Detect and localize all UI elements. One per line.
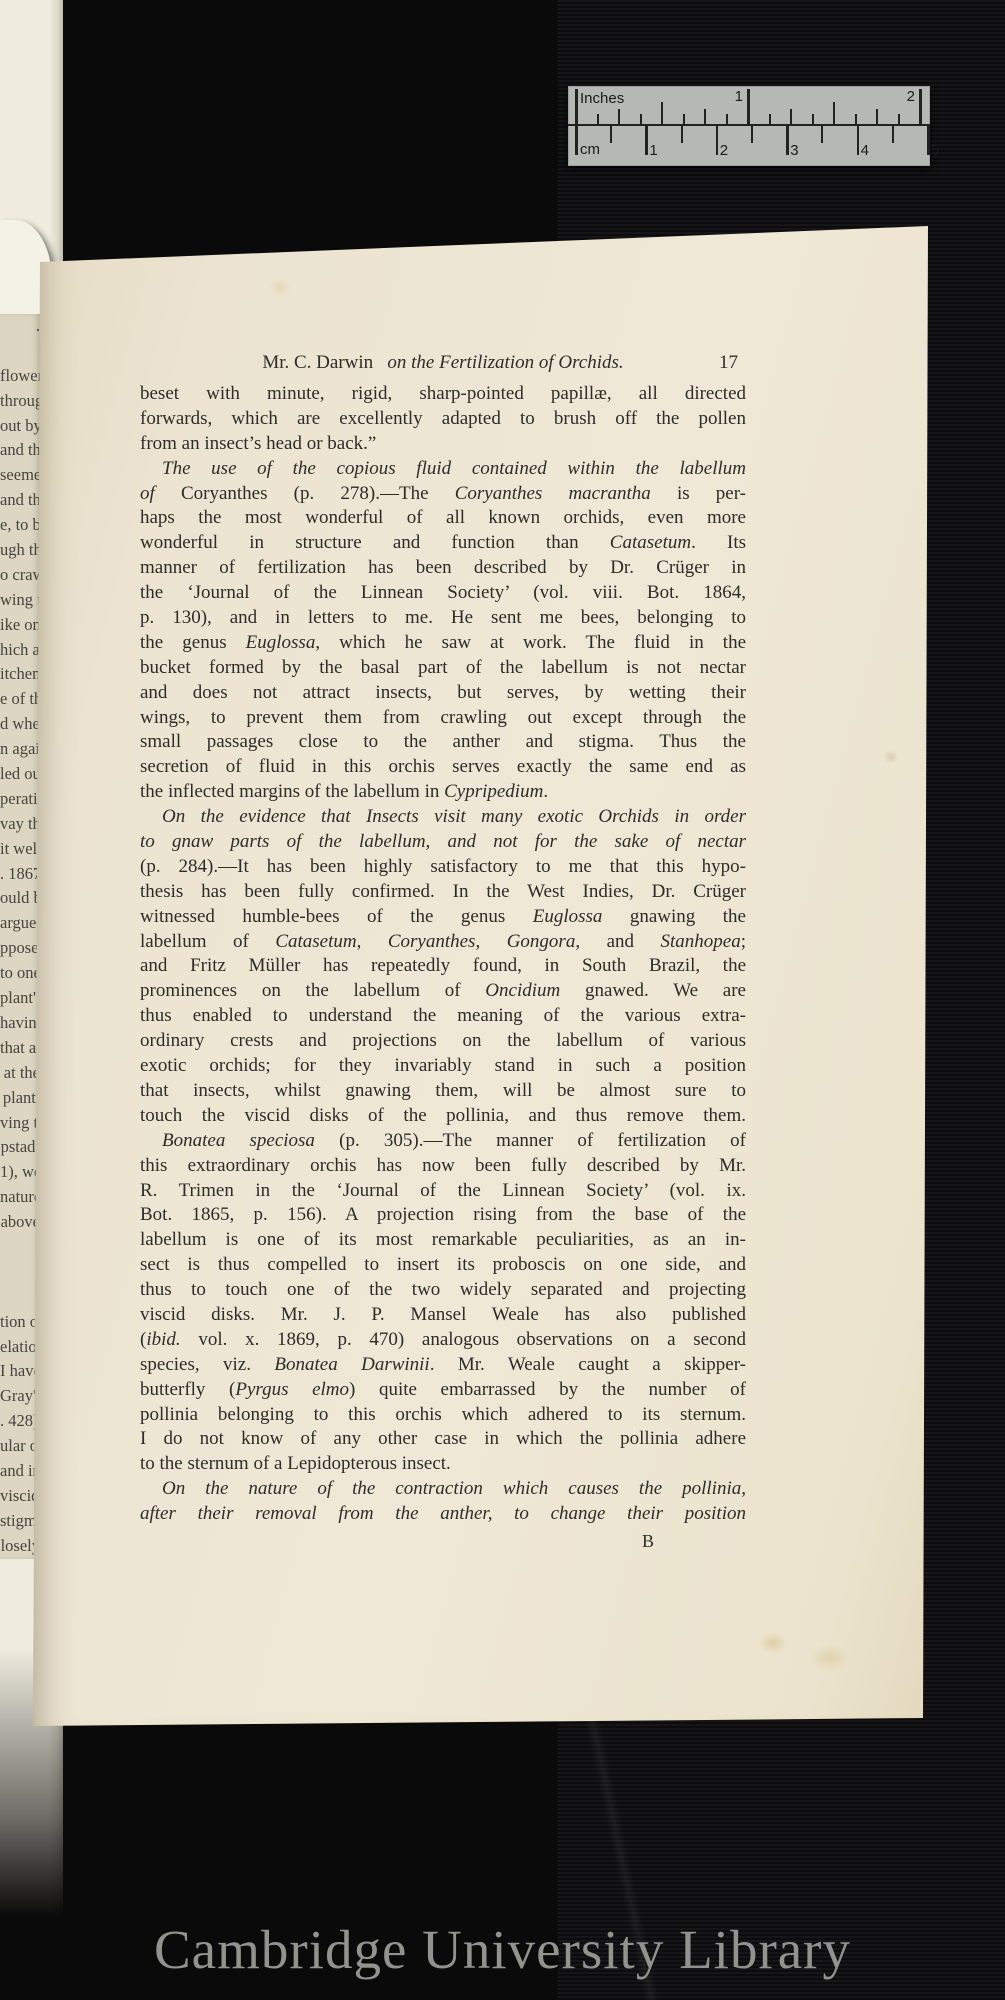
prev-page-fragment [0,1235,40,1260]
text-line: The use of the copious fluid contained w… [140,457,746,482]
text-line: On the evidence that Insects visit many … [140,805,746,830]
ruler-tick [919,89,922,125]
text-line: pollinia belonging to this orchis which … [140,1403,746,1428]
prev-page-fragment: . 428), [0,1409,40,1434]
prev-page-fragment: peration [0,787,40,812]
ruler-tick [716,125,719,155]
text-line: forwards, which are excellently adapted … [140,407,746,432]
prev-page-fragment: ving to [0,1111,40,1136]
text-line: the genus Euglossa, which he saw at work… [140,631,746,656]
prev-page-fragment [0,1285,40,1310]
prev-page-fragment: vay the [0,812,40,837]
prev-page-fragment: argued [0,911,40,936]
prev-page-fragment: pstadt [0,1135,40,1160]
text-line: touch the viscid disks of the pollinia, … [140,1104,746,1129]
prev-page-fragment: plant's [0,986,40,1011]
text-line: Bot. 1865, p. 156). A projection rising … [140,1203,746,1228]
ruler-tick [645,125,648,155]
text-line: thus enabled to understand the meaning o… [140,1004,746,1029]
text-line: and does not attract insects, but serves… [140,681,746,706]
text-line: wonderful in structure and function than… [140,531,746,556]
ruler-inches-label: Inches [580,90,624,107]
page-number: 17 [719,351,738,376]
photo-canvas: . flowersthroughout byand theseemedand t… [0,0,1005,2000]
text-line: prominences on the labellum of Oncidium … [140,979,746,1004]
ruler-tick [833,102,835,125]
prev-page-fragment: flowers [0,364,40,389]
text-line: witnessed humble-bees of the genus Euglo… [140,905,746,930]
text-line: to gnaw parts of the labellum, and not f… [140,830,746,855]
prev-page-fragment: above [0,1210,40,1235]
prev-page-fragment: ould be [0,886,40,911]
prev-page-fragment: it well [0,837,40,862]
text-line: p. 130), and in letters to me. He sent m… [140,606,746,631]
header-title: on the Fertilization of Orchids. [387,352,623,373]
prev-page-fragment: ugh the [0,538,40,563]
page-body: beset with minute, rigid, sharp-pointed … [140,382,746,1527]
ruler-tick [769,114,771,125]
ruler-tick [640,114,642,125]
ruler-number: 1 [649,142,657,159]
ruler-tick [855,114,857,125]
text-line: that insects, whilst gnawing them, will … [140,1079,746,1104]
prev-page-fragment: o crawl [0,563,40,588]
prev-page-fragment: and this [0,488,40,513]
text-line: R. Trimen in the ‘Journal of the Linnean… [140,1179,746,1204]
ruler-tick [681,125,683,143]
ruler-tick [790,109,792,125]
ruler-number: 2 [901,88,915,105]
text-line: ordinary crests and projections on the l… [140,1029,746,1054]
prev-page-fragment: at the [0,1061,40,1086]
prev-page-fragment: e of the [0,687,40,712]
ruler-tick [876,109,878,125]
text-line: butterfly (Pyrgus elmo) quite embarrasse… [140,1378,746,1403]
prev-page-fragment: . [0,314,40,339]
prev-page-fragment: having [0,1011,40,1036]
text-line: viscid disks. Mr. J. P. Mansel Weale has… [140,1303,746,1328]
ruler-tick [892,125,894,143]
prev-page-fragment: and in [0,1459,40,1484]
prev-page-fragment: seemed [0,463,40,488]
text-line: manner of fertilization has been describ… [140,556,746,581]
text-line: and Fritz Müller has repeatedly found, i… [140,954,746,979]
ruler-number: 5 [931,142,939,159]
ruler-tick [661,102,663,125]
ruler-number: 3 [790,142,798,159]
prev-page-fragment: to one [0,961,40,986]
header-author: Mr. C. Darwin [262,352,373,373]
text-line: small passages close to the anther and s… [140,730,746,755]
prev-page-fragment: I have [0,1359,40,1384]
prev-page-fragment: ike one [0,613,40,638]
ruler-tick [575,89,578,125]
ruler-tick [597,114,599,125]
ruler-tick [618,109,620,125]
prev-page-fragment: viscid! [0,1484,40,1509]
text-line: this extraordinary orchis has now been f… [140,1154,746,1179]
prev-page-fragment: pposed, [0,936,40,961]
text-line: Bonatea speciosa (p. 305).—The manner of… [140,1129,746,1154]
prev-page-fragment: tion of [0,1310,40,1335]
ruler-tick [726,114,728,125]
ruler-tick [747,89,750,125]
prev-page-fragment: plant. [0,1086,40,1111]
text-line: labellum is one of its most remarkable p… [140,1228,746,1253]
ruler-cm-label: cm [580,141,600,158]
ruler-number: 1 [729,88,743,105]
prev-page-fragment: through [0,389,40,414]
text-line: labellum of Catasetum, Coryanthes, Gongo… [140,930,746,955]
text-line: bucket formed by the basal part of the l… [140,656,746,681]
text-line: thus to touch one of the two widely sepa… [140,1278,746,1303]
prev-page-fragment: e, to be [0,513,40,538]
ruler-tick [927,125,930,155]
prev-page-fragment: . 1867, [0,862,40,887]
text-line: sect is thus compelled to insert its pro… [140,1253,746,1278]
book-page: Mr. C. Darwin on the Fertilization of Or… [28,195,933,1735]
text-line: (p. 284).—It has been highly satisfactor… [140,855,746,880]
page-header: Mr. C. Darwin on the Fertilization of Or… [140,351,746,376]
prev-page-fragment: hich are [0,638,40,663]
text-line: beset with minute, rigid, sharp-pointed … [140,382,746,407]
ruler-number: 2 [720,142,728,159]
signature-mark: B [628,1531,668,1552]
prev-page-fragment: led out [0,762,40,787]
text-line: exotic orchids; for they invariably stan… [140,1054,746,1079]
measurement-ruler: Inches cm 1212345 [568,86,930,166]
text-line: (ibid. vol. x. 1869, p. 470) analogous o… [140,1328,746,1353]
ruler-tick [610,125,612,143]
text-line: haps the most wonderful of all known orc… [140,506,746,531]
ruler-tick [857,125,860,155]
text-line: On the nature of the contraction which c… [140,1477,746,1502]
prev-page-fragment: out by [0,414,40,439]
prev-page-fragment: d when [0,712,40,737]
text-line: wings, to prevent them from crawling out… [140,706,746,731]
prev-page-fragment: and the [0,438,40,463]
ruler-tick [812,114,814,125]
ruler-tick [683,114,685,125]
ruler-number: 4 [861,142,869,159]
text-line: the ‘Journal of the Linnean Society’ (vo… [140,581,746,606]
prev-page-fragment: itchens, [0,662,40,687]
text-line: of Coryanthes (p. 278).—The Coryanthes m… [140,482,746,507]
text-line: I do not know of any other case in which… [140,1427,746,1452]
text-line: after their removal from the anther, to … [140,1502,746,1527]
text-line: to the sternum of a Lepidopterous insect… [140,1452,746,1477]
prev-page-fragment: ular or [0,1434,40,1459]
ruler-tick [786,125,789,155]
prev-page-fragment: nature [0,1185,40,1210]
ruler-tick [704,109,706,125]
prev-page-fragment: elation [0,1335,40,1360]
library-watermark: Cambridge University Library [0,1918,1005,1981]
prev-page-fragment: n again [0,737,40,762]
prev-page-fragment [0,1260,40,1285]
text-line: thesis has been fully confirmed. In the … [140,880,746,905]
prev-page-fragment [0,339,40,364]
text-line: the inflected margins of the labellum in… [140,780,746,805]
ruler-tick [898,114,900,125]
ruler-tick [751,125,753,143]
prev-page-fragment: Gray's [0,1384,40,1409]
ruler-tick [821,125,823,143]
prev-page-fragment: that all [0,1036,40,1061]
text-line: secretion of fluid in this orchis serves… [140,755,746,780]
text-line: from an insect’s head or back.” [140,432,746,457]
prev-page-fragment: wing to [0,588,40,613]
ruler-tick [575,125,578,155]
prev-page-fragment: 1), we [0,1160,40,1185]
text-line: species, viz. Bonatea Darwinii. Mr. Weal… [140,1353,746,1378]
